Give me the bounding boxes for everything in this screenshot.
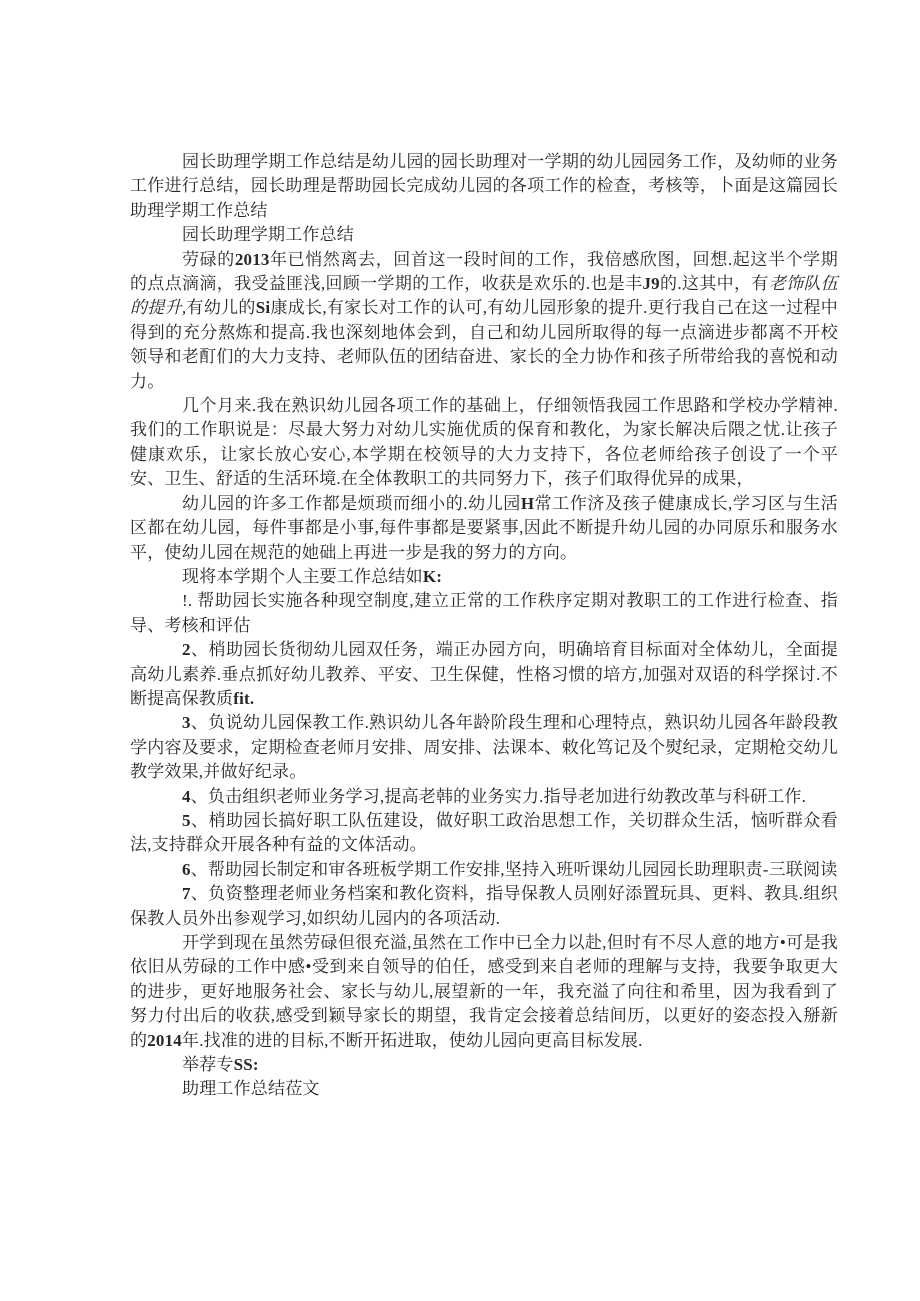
text-run: 的.这其中，有: [660, 274, 769, 293]
paragraph-daily-work: 幼儿园的许多工作都是烦琐而细小的.幼儿园H常工作济及孩子健康成长,学习区与生活区…: [130, 492, 838, 565]
recommendation-label: 举荐专SS:: [130, 1053, 838, 1077]
text-run: 几个月来.我在熟识幼儿园各项工作的基础上，仔细领悟我园工作思路和学校办学精神.我…: [130, 396, 838, 488]
document-page: 园长助理学期工作总结是幼儿园的园长助理对一学期的幼儿园园务工作，及幼师的业务工作…: [0, 0, 920, 1301]
work-item-4: 4、负击组织老师业务学习,提高老韩的业务实力.指导老加进行幼教改革与科研工作.: [130, 785, 838, 809]
intro-paragraph: 园长助理学期工作总结是幼儿园的园长助理对一学期的幼儿园园务工作，及幼师的业务工作…: [130, 150, 838, 223]
paragraph-review-2013: 劳碌的2013年已悄然离去，回首这一段时间的工作，我倍感欣图，回想.起这半个学期…: [130, 248, 838, 394]
text-run: 幼儿园的许多工作都是烦琐而细小的.幼儿园: [182, 494, 521, 513]
bold-run: 6: [182, 860, 191, 879]
bold-run: 7: [182, 884, 191, 903]
bold-run: SS:: [234, 1055, 259, 1074]
text-run: !. 帮助园长实施各种现空制度,建立正常的工作秩序定期对教职工的工作进行检查、指…: [130, 591, 838, 634]
bold-run: H: [521, 494, 534, 513]
work-item-2: 2、梢助园长货彻幼儿园双任务，端正办园方向，明确培育目标面对全体幼儿，全面提高幼…: [130, 638, 838, 711]
bold-run: 3: [182, 713, 191, 732]
text-run: 、负说幼儿园保教工作.熟识幼儿各年龄阶段生理和心理特点，熟识幼儿园各年龄段教学内…: [130, 713, 838, 781]
work-item-1: !. 帮助园长实施各种现空制度,建立正常的工作秩序定期对教职工的工作进行检查、指…: [130, 589, 838, 638]
text-run: 现将本学期个人主要工作总结如: [182, 567, 423, 586]
text-run: 劳碌的: [182, 250, 235, 269]
bold-run: 5: [182, 811, 191, 830]
text-run: 年.找准的进的目标,不断开拓进取，使幼儿园向更高目标发展.: [182, 1031, 643, 1050]
bold-run: 4: [182, 787, 191, 806]
work-item-3: 3、负说幼儿园保教工作.熟识幼儿各年龄阶段生理和心理特点，熟识幼儿园各年龄段教学…: [130, 711, 838, 784]
document-body: 园长助理学期工作总结是幼儿园的园长助理对一学期的幼儿园园务工作，及幼师的业务工作…: [130, 150, 838, 1102]
work-item-6: 6、帮助园长制定和审各班板学期工作安排,坚持入班听课幼儿园园长助理职责-三联阅读: [130, 858, 838, 882]
text-run: 、帮助园长制定和审各班板学期工作安排,坚持入班听课幼儿园园长助理职责-三联阅读: [191, 860, 838, 879]
bold-run: K:: [423, 567, 442, 586]
text-run: 、梢助园长搞好职工队伍建设，做好职工政治思想工作，关切群众生活，恼听群众看法,支…: [130, 811, 838, 854]
bold-run: Si: [256, 298, 271, 317]
bold-run: 2013: [235, 250, 270, 269]
paragraph-work-philosophy: 几个月来.我在熟识幼儿园各项工作的基础上，仔细领悟我园工作思路和学校办学精神.我…: [130, 394, 838, 492]
text-run: 举荐专: [182, 1055, 234, 1074]
text-run: 、负击组织老师业务学习,提高老韩的业务实力.指导老加进行幼教改革与科研工作.: [191, 787, 806, 806]
work-item-7: 7、负资整理老师业务档案和教化资料，指导保教人员刚好添置玩具、更料、教具.组织保…: [130, 882, 838, 931]
text-run: 有幼儿的: [186, 298, 255, 317]
bold-run: 2014: [147, 1031, 182, 1050]
bold-run: 2: [182, 640, 191, 659]
text-run: 园长助理学期工作总结: [182, 225, 354, 244]
text-run: 、负资整理老师业务档案和教化资料，指导保教人员刚好添置玩具、更料、教具.组织保教…: [130, 884, 838, 927]
work-item-5: 5、梢助园长搞好职工队伍建设，做好职工政治思想工作，关切群众生活，恼听群众看法,…: [130, 809, 838, 858]
text-run: 助理工作总结莅文: [182, 1079, 320, 1098]
closing-paragraph: 开学到现在虽然劳碌但很充溢,虽然在工作中已全力以赴,但时有不尽人意的地方•可是我…: [130, 931, 838, 1053]
bold-run: J9: [642, 274, 659, 293]
related-link-line: 助理工作总结莅文: [130, 1077, 838, 1101]
summary-lead-line: 现将本学期个人主要工作总结如K:: [130, 565, 838, 589]
bold-run: fit.: [233, 689, 254, 708]
text-run: 园长助理学期工作总结是幼儿园的园长助理对一学期的幼儿园园务工作，及幼师的业务工作…: [130, 152, 838, 220]
document-title: 园长助理学期工作总结: [130, 223, 838, 247]
